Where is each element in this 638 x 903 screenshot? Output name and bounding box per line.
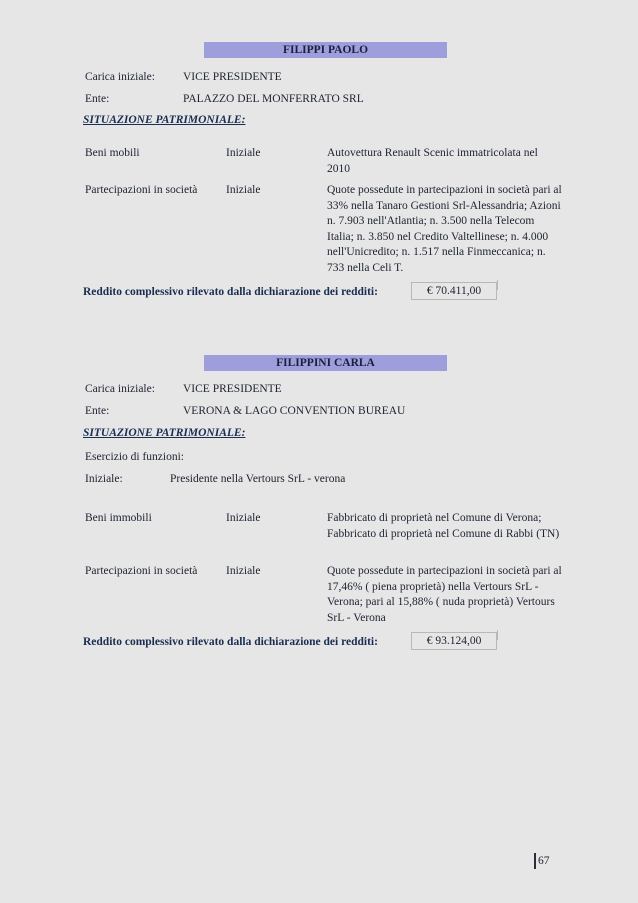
ente-label: Ente: — [85, 92, 109, 107]
esercizio-phase: Iniziale: — [85, 472, 123, 487]
page-number: 67 — [538, 855, 550, 867]
situazione-patrimoniale-heading: SITUAZIONE PATRIMONIALE: — [83, 427, 245, 439]
ente-value: VERONA & LAGO CONVENTION BUREAU — [183, 404, 405, 419]
reddito-label: Reddito complessivo rilevato dalla dichi… — [83, 636, 378, 648]
asset-category: Partecipazioni in società — [85, 564, 197, 579]
asset-phase: Iniziale — [226, 564, 260, 579]
carica-label: Carica iniziale: — [85, 382, 155, 397]
asset-phase: Iniziale — [226, 183, 260, 198]
person-name-header: FILIPPINI CARLA — [204, 355, 447, 371]
ente-label: Ente: — [85, 404, 109, 419]
carica-value: VICE PRESIDENTE — [183, 382, 282, 397]
ente-value: PALAZZO DEL MONFERRATO SRL — [183, 92, 364, 107]
asset-description: Fabbricato di proprietà nel Comune di Ve… — [327, 511, 565, 542]
asset-phase: Iniziale — [226, 511, 260, 526]
document-page: FILIPPI PAOLO Carica iniziale: VICE PRES… — [0, 0, 638, 903]
asset-phase: Iniziale — [226, 146, 260, 161]
asset-category: Beni immobili — [85, 511, 152, 526]
person-name-header: FILIPPI PAOLO — [204, 42, 447, 58]
reddito-value: € 93.124,00 — [411, 632, 497, 650]
asset-category: Beni mobili — [85, 146, 140, 161]
page-number-divider — [534, 853, 536, 869]
carica-value: VICE PRESIDENTE — [183, 70, 282, 85]
asset-description: Quote possedute in partecipazioni in soc… — [327, 564, 565, 626]
esercizio-funzioni-label: Esercizio di funzioni: — [85, 450, 184, 465]
asset-description: Quote possedute in partecipazioni in soc… — [327, 183, 562, 276]
asset-category: Partecipazioni in società — [85, 183, 197, 198]
asset-description: Autovettura Renault Scenic immatricolata… — [327, 146, 555, 177]
reddito-value: € 70.411,00 — [411, 282, 497, 300]
esercizio-value: Presidente nella Vertours SrL - verona — [170, 472, 345, 487]
value-box-border — [497, 280, 498, 290]
value-box-border — [497, 630, 498, 640]
carica-label: Carica iniziale: — [85, 70, 155, 85]
situazione-patrimoniale-heading: SITUAZIONE PATRIMONIALE: — [83, 114, 245, 126]
reddito-label: Reddito complessivo rilevato dalla dichi… — [83, 286, 378, 298]
